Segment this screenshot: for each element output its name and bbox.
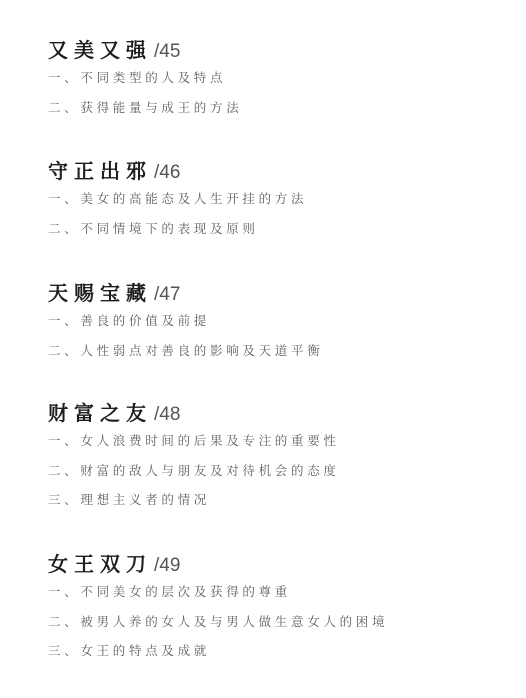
section-name: 守正出邪 (48, 159, 152, 183)
toc-section: 天赐宝藏/47 一、善良的价值及前提 二、人性弱点对善良的影响及天道平衡 (48, 280, 518, 361)
section-name: 又美又强 (48, 38, 152, 62)
toc-section: 守正出邪/46 一、美女的高能态及人生开挂的方法 二、不同情境下的表现及原则 (48, 158, 518, 239)
section-page-number: /47 (154, 284, 180, 305)
section-title[interactable]: 女王双刀/49 (48, 551, 518, 577)
section-page-number: /49 (154, 555, 180, 576)
toc-item[interactable]: 一、美女的高能态及人生开挂的方法 (48, 189, 518, 209)
section-title[interactable]: 财富之友/48 (48, 400, 518, 426)
section-title[interactable]: 天赐宝藏/47 (48, 280, 518, 306)
section-title[interactable]: 守正出邪/46 (48, 158, 518, 184)
section-page-number: /48 (154, 404, 180, 425)
section-name: 财富之友 (48, 401, 152, 425)
section-name: 女王双刀 (48, 552, 152, 576)
toc-item[interactable]: 二、不同情境下的表现及原则 (48, 219, 518, 239)
toc-item[interactable]: 一、不同类型的人及特点 (48, 68, 518, 88)
toc-item[interactable]: 二、财富的敌人与朋友及对待机会的态度 (48, 461, 518, 481)
section-title[interactable]: 又美又强/45 (48, 37, 518, 63)
section-name: 天赐宝藏 (48, 281, 152, 305)
toc-section: 又美又强/45 一、不同类型的人及特点 二、获得能量与成王的方法 (48, 37, 518, 118)
toc-item[interactable]: 一、善良的价值及前提 (48, 311, 518, 331)
toc-item[interactable]: 二、获得能量与成王的方法 (48, 98, 518, 118)
toc-section: 财富之友/48 一、女人浪费时间的后果及专注的重要性 二、财富的敌人与朋友及对待… (48, 400, 518, 510)
toc-item[interactable]: 二、被男人养的女人及与男人做生意女人的困境 (48, 612, 518, 632)
section-page-number: /45 (154, 41, 180, 62)
section-page-number: /46 (154, 162, 180, 183)
toc-section: 女王双刀/49 一、不同美女的层次及获得的尊重 二、被男人养的女人及与男人做生意… (48, 551, 518, 661)
toc-item[interactable]: 二、人性弱点对善良的影响及天道平衡 (48, 341, 518, 361)
toc-item[interactable]: 三、女王的特点及成就 (48, 641, 518, 661)
toc-item[interactable]: 一、女人浪费时间的后果及专注的重要性 (48, 431, 518, 451)
toc-item[interactable]: 一、不同美女的层次及获得的尊重 (48, 582, 518, 602)
toc-item[interactable]: 三、理想主义者的情况 (48, 490, 518, 510)
